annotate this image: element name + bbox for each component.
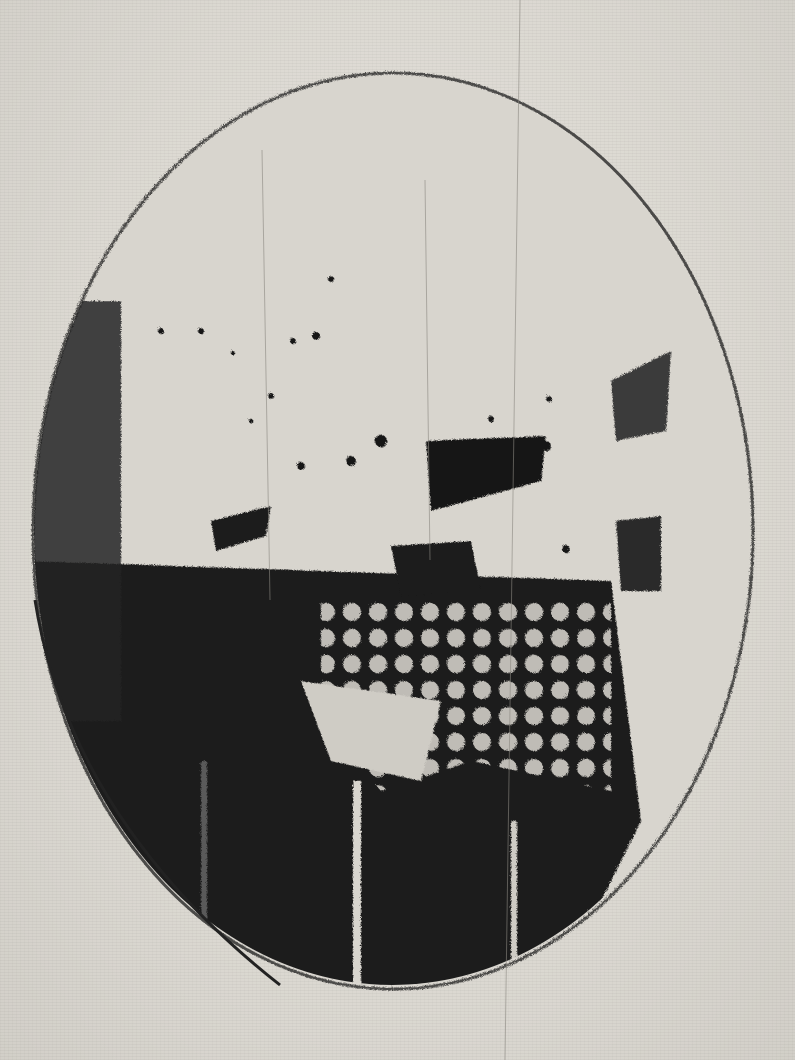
monoprint-artwork [0, 0, 795, 1060]
print-photo [0, 0, 795, 1060]
